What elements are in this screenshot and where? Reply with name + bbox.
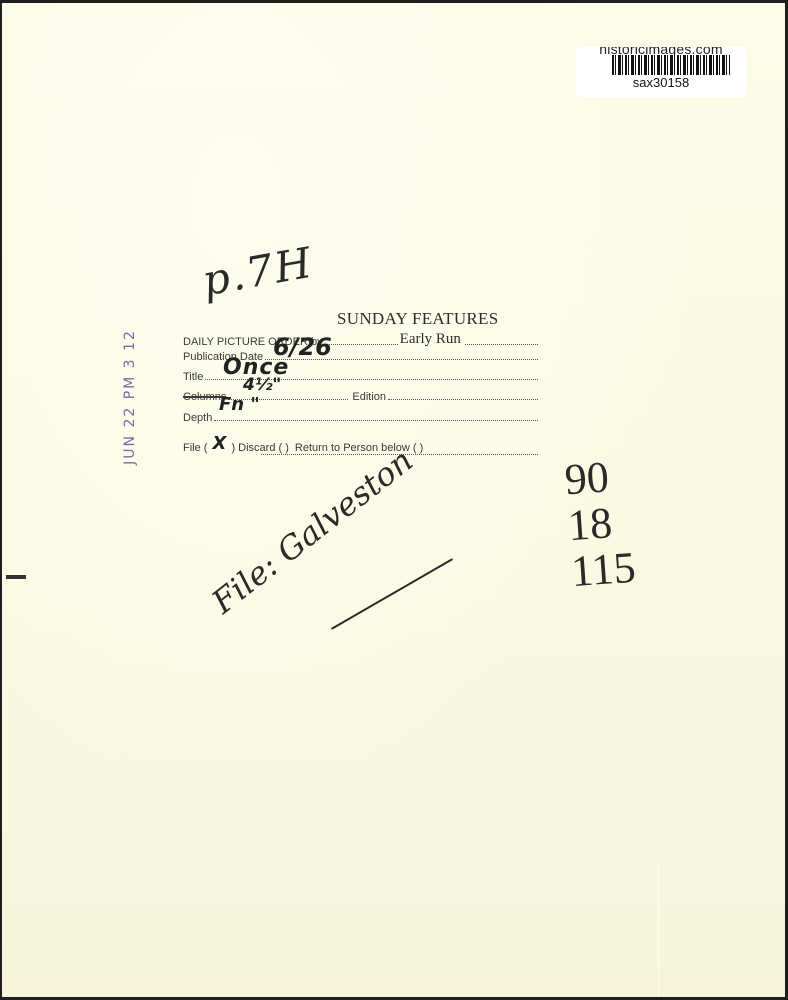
number-2: 18 [566,499,633,549]
order-row: DAILY PICTURE ORDER by Early Run [183,331,538,348]
dotted-line [388,398,538,400]
edition-label: Edition [352,391,386,403]
barcode-label: historicimages.com sax30158 [576,47,746,97]
file-note-underline [331,558,453,630]
number-1: 90 [563,453,630,503]
order-value: Early Run [398,331,463,348]
sunday-features-stamp: SUNDAY FEATURES [337,309,498,329]
edge-tape-mark [6,575,26,579]
photo-back-paper: historicimages.com sax30158 p.7H JUN 22 … [2,3,785,997]
depth-value: Fn " [219,394,260,415]
title-label: Title [183,371,203,383]
barcode-icon [612,55,730,75]
date-stamp: JUN 22 PM 3 12 [122,329,138,465]
dotted-line [214,419,538,421]
paper-crease [658,863,659,997]
handwritten-numbers: 90 18 115 [563,453,637,595]
page-reference-note: p.7H [199,238,317,306]
disposition-row: File ( X ) Discard ( ) Return to Person … [183,433,538,454]
file-checkmark: X [207,433,231,454]
dotted-line [465,343,538,345]
file-option-label: File ( [183,442,207,454]
label-code: sax30158 [576,75,746,90]
depth-label: Depth [183,412,212,424]
number-3: 115 [570,545,637,595]
dotted-line [325,343,398,345]
columns-value: 4½" [243,375,281,395]
